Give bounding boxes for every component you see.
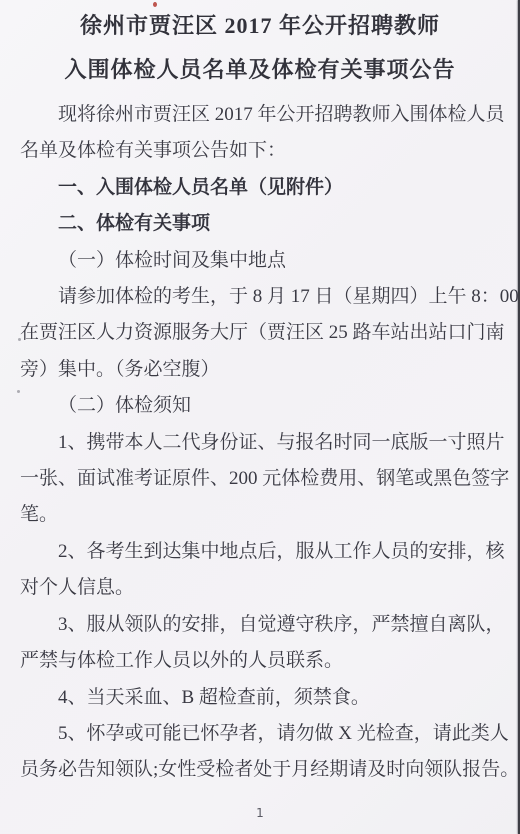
doc-line: （二）体检须知 — [20, 388, 499, 424]
document-title-line-2: 入围体检人员名单及体检有关事项公告 — [0, 48, 520, 92]
document-body: 现将徐州市贾汪区 2017 年公开招聘教师入围体检人员名单及体检有关事项公告如下… — [20, 97, 499, 789]
scan-speck-gray — [18, 338, 21, 341]
scan-speck-red — [153, 2, 157, 7]
doc-line: 2、各考生到达集中地点后，服从工作人员的安排，核 — [20, 534, 499, 570]
doc-line: 笔。 — [20, 497, 499, 533]
doc-line: （一）体检时间及集中地点 — [20, 243, 499, 279]
doc-line: 1、携带本人二代身份证、与报名时同一底版一寸照片 — [20, 425, 499, 461]
doc-line: 对个人信息。 — [20, 570, 499, 606]
doc-line: 名单及体检有关事项公告如下： — [20, 133, 499, 169]
page-number: 1 — [0, 806, 520, 820]
doc-line: 严禁与体检工作人员以外的人员联系。 — [20, 643, 499, 679]
document-title: 徐州市贾汪区 2017 年公开招聘教师 入围体检人员名单及体检有关事项公告 — [0, 0, 520, 92]
scanned-document-page: 徐州市贾汪区 2017 年公开招聘教师 入围体检人员名单及体检有关事项公告 现将… — [0, 0, 520, 834]
doc-line: 在贾汪区人力资源服务大厅（贾汪区 25 路车站出站口门南 — [20, 315, 499, 351]
doc-line: 一、入围体检人员名单（见附件） — [20, 170, 499, 206]
doc-line: 一张、面试准考证原件、200 元体检费用、钢笔或黑色签字 — [20, 461, 499, 497]
doc-line: 二、体检有关事项 — [20, 206, 499, 242]
doc-line: 员务必告知领队;女性受检者处于月经期请及时向领队报告。 — [20, 752, 499, 788]
doc-line: 现将徐州市贾汪区 2017 年公开招聘教师入围体检人员 — [20, 97, 499, 133]
doc-line: 4、当天采血、B 超检查前，须禁食。 — [20, 680, 499, 716]
document-title-line-1: 徐州市贾汪区 2017 年公开招聘教师 — [0, 4, 520, 48]
doc-line: 3、服从领队的安排，自觉遵守秩序，严禁擅自离队， — [20, 607, 499, 643]
doc-line: 请参加体检的考生，于 8 月 17 日（星期四）上午 8：00 — [20, 279, 499, 315]
doc-line: 5、怀孕或可能已怀孕者，请勿做 X 光检查，请此类人 — [20, 716, 499, 752]
scan-speck-gray — [17, 390, 20, 393]
doc-line: 旁）集中。（务必空腹） — [20, 352, 499, 388]
